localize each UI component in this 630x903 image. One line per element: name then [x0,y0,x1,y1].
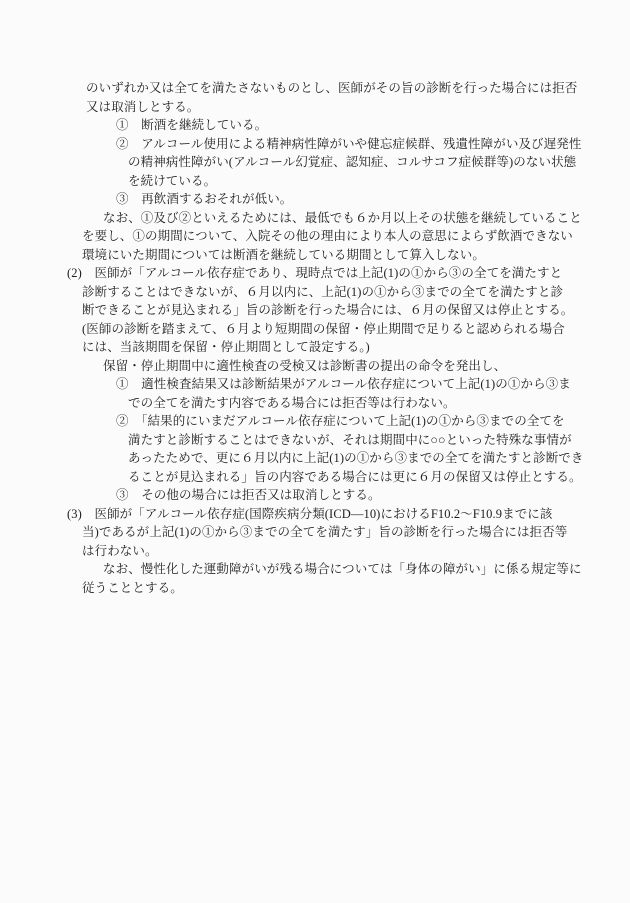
doc-line-list-item: ② 「結果的にいまだアルコール依存症について上記(1)の①から③までの全てを [116,412,630,431]
doc-line: には、当該期間を保留・停止期間として設定する。) [82,338,630,357]
doc-line: 環境にいた期間については断酒を継続している期間として算入しない。 [82,246,630,265]
doc-line: は行わない。 [82,542,630,561]
doc-line: 従うこととする。 [82,579,630,598]
doc-line: なお、慢性化した運動障がいが残る場合については「身体の障がい」に係る規定等に [103,560,630,579]
doc-line: 診断することはできないが、６月以内に、上記(1)の①から③までの全てを満たすと診 [82,283,630,302]
doc-line-list-item: ② アルコール使用による精神病性障がいや健忘症候群、残遺性障がい及び遅発性 [116,135,630,154]
doc-line: を続けている。 [128,172,630,191]
doc-line: 満たすと診断することはできないが、それは期間中に○○といった特殊な事情が [128,431,630,450]
doc-line: (医師の診断を踏まえて、６月より短期間の保留・停止期間で足りると認められる場合 [82,320,630,339]
doc-line: のいずれか又は全てを満たさないものとし、医師がその旨の診断を行った場合には拒否 [86,79,630,98]
text-block: のいずれか又は全てを満たさないものとし、医師がその旨の診断を行った場合には拒否 … [0,79,630,597]
doc-line: の精神病性障がい(アルコール幻覚症、認知症、コルサコフ症候群等)のない状態 [128,153,630,172]
document-page: のいずれか又は全てを満たさないものとし、医師がその旨の診断を行った場合には拒否 … [0,0,630,903]
doc-line-list-item: ① 適性検査結果又は診断結果がアルコール依存症について上記(1)の①から③ま [116,375,630,394]
doc-line: での全てを満たす内容である場合には拒否等は行わない。 [128,394,630,413]
doc-line: なお、①及び②といえるためには、最低でも６か月以上その状態を継続していること [103,209,630,228]
doc-line: あったためで、更に６月以内に上記(1)の①から③までの全てを満たすと診断でき [128,449,630,468]
doc-line: を要し、①の期間について、入院その他の理由により本人の意思によらず飲酒できない [82,227,630,246]
doc-line-list-item: ① 断酒を継続している。 [116,116,630,135]
doc-line-paragraph-3: (3) 医師が「アルコール依存症(国際疾病分類(ICD―10)におけるF10.2… [67,505,630,524]
doc-line: 断できることが見込まれる」旨の診断を行った場合には、６月の保留又は停止とする。 [82,301,630,320]
doc-line-list-item: ③ 再飲酒するおそれが低い。 [116,190,630,209]
doc-line: 又は取消しとする。 [86,98,630,117]
doc-line-paragraph-2: (2) 医師が「アルコール依存症であり、現時点では上記(1)の①から③の全てを満… [67,264,630,283]
doc-line: ることが見込まれる」旨の内容である場合には更に６月の保留又は停止とする。 [128,468,630,487]
doc-line-list-item: ③ その他の場合には拒否又は取消しとする。 [116,486,630,505]
doc-line: 当)であるが上記(1)の①から③までの全てを満たす」旨の診断を行った場合には拒否… [82,523,630,542]
doc-line: 保留・停止期間中に適性検査の受検又は診断書の提出の命令を発出し、 [103,357,630,376]
